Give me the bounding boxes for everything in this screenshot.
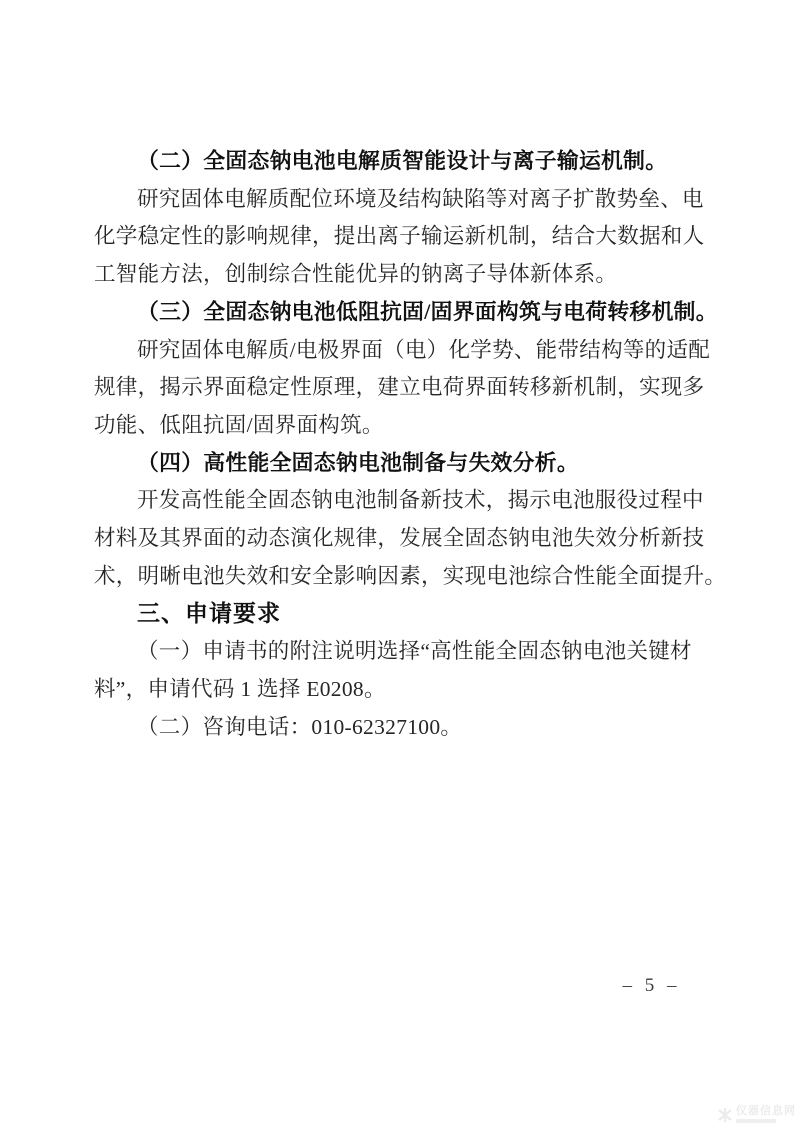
page-number: – 5 – — [612, 976, 688, 995]
paragraph-line: 化学稳定性的影响规律，提出离子输运新机制，结合大数据和人 — [94, 218, 710, 256]
section-heading-2: （二）全固态钠电池电解质智能设计与离子输运机制。 — [94, 143, 710, 181]
paragraph-line: 研究固体电解质配位环境及结构缺陷等对离子扩散势垒、电 — [94, 181, 710, 219]
paragraph-line: （一）申请书的附注说明选择“高性能全固态钠电池关键材 — [94, 633, 710, 671]
watermark-text: 仪器信息网 — [736, 1106, 796, 1117]
star-mark-icon — [717, 1107, 733, 1123]
paragraph-line: 研究固体电解质/电极界面（电）化学势、能带结构等的适配 — [94, 332, 710, 370]
paragraph-line: 功能、低阻抗固/固界面构筑。 — [94, 407, 710, 445]
watermark: 仪器信息网 — [717, 1106, 796, 1123]
watermark-text-block: 仪器信息网 — [736, 1106, 796, 1123]
document-body: （二）全固态钠电池电解质智能设计与离子输运机制。 研究固体电解质配位环境及结构缺… — [94, 143, 710, 746]
paragraph-line: 规律，揭示界面稳定性原理，建立电荷界面转移新机制，实现多 — [94, 369, 710, 407]
watermark-subline — [736, 1119, 776, 1123]
paragraph-line: 材料及其界面的动态演化规律，发展全固态钠电池失效分析新技 — [94, 520, 710, 558]
paragraph-line: 开发高性能全固态钠电池制备新技术，揭示电池服役过程中 — [94, 482, 710, 520]
paragraph-line-phone: （二）咨询电话：010-62327100。 — [94, 709, 710, 747]
section-heading-4: （四）高性能全固态钠电池制备与失效分析。 — [94, 445, 710, 483]
document-page: （二）全固态钠电池电解质智能设计与离子输运机制。 研究固体电解质配位环境及结构缺… — [0, 0, 800, 1131]
section-heading-application-requirements: 三、申请要求 — [94, 595, 710, 633]
paragraph-line: 料”，申请代码 1 选择 E0208。 — [94, 671, 710, 709]
paragraph-line: 术，明晰电池失效和安全影响因素，实现电池综合性能全面提升。 — [94, 558, 710, 596]
paragraph-line: 工智能方法，创制综合性能优异的钠离子导体新体系。 — [94, 256, 710, 294]
section-heading-3: （三）全固态钠电池低阻抗固/固界面构筑与电荷转移机制。 — [94, 294, 710, 332]
